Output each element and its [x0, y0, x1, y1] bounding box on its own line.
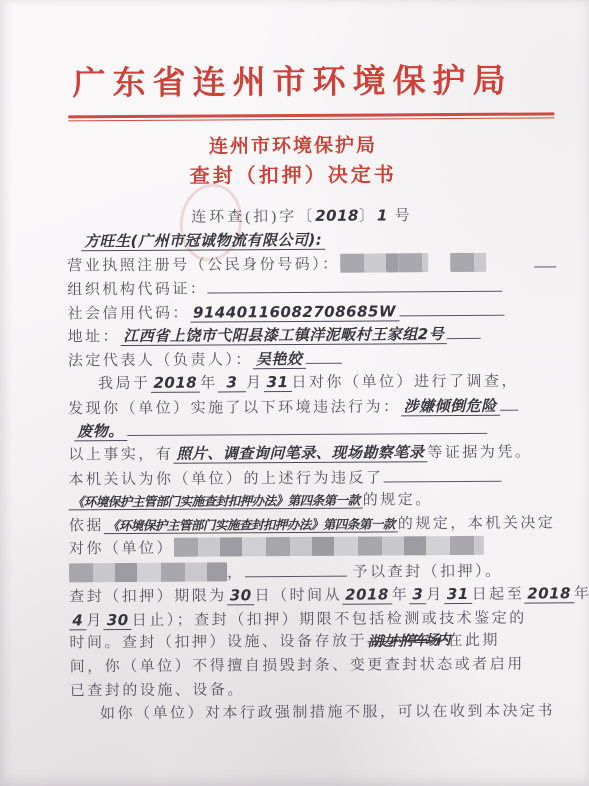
spacer — [428, 267, 450, 268]
redaction-block — [450, 253, 486, 272]
redaction-block — [340, 254, 398, 273]
doc-line: 废物。 — [68, 417, 538, 444]
blank-underline — [447, 322, 481, 339]
doc-line: 对你（单位） — [69, 535, 539, 562]
handwritten-text: 31 — [444, 585, 472, 604]
blank-underline — [500, 393, 518, 410]
blank-underline — [305, 347, 341, 364]
printed-text: 号 — [388, 208, 413, 224]
handwritten-text: 废物。 — [74, 422, 127, 441]
redaction-block — [69, 563, 227, 583]
printed-text: 予以查封（扣押）。 — [353, 564, 503, 581]
printed-text: ， — [227, 566, 245, 582]
doc-line: ，予以查封（扣押）。 — [69, 559, 539, 586]
redaction-block — [398, 254, 428, 273]
handwritten-text: 《环境保护主管部门实施查封扣押办法》第四条第一款 — [69, 493, 363, 511]
doc-line: 法定代表人（负责人）：吴艳姣 — [68, 346, 538, 373]
handwritten-text: 方旺生(广州市冠诚物流有限公司): — [81, 230, 325, 250]
spacer — [67, 245, 81, 246]
handwritten-text: 3 — [218, 373, 247, 392]
printed-text: 依据 — [69, 518, 104, 534]
printed-text: 月 — [86, 613, 104, 629]
redaction-block — [174, 535, 484, 556]
doc-line: 《环境保护主管部门实施查封扣押办法》第四条第一款的规定。 — [69, 488, 539, 515]
printed-text: 本机关认为你（单位）的上述行为违反了 — [68, 470, 383, 488]
handwritten-text: 31 — [264, 373, 292, 392]
doc-line: 以上事实，有照片、调查询问笔录、现场勘察笔录等证据为凭。 — [68, 440, 538, 467]
handwritten-text: 吴艳姣 — [253, 350, 306, 369]
handwritten-text: 3 — [409, 585, 426, 604]
printed-text: 营业执照注册号（公民身份号码）： — [67, 257, 340, 275]
printed-text: 时间。查封（扣押）设施、设备存放于 — [69, 634, 367, 652]
handwritten-text: 照片、调查询问笔录、现场勘察笔录 — [173, 443, 427, 464]
blank-underline — [534, 251, 556, 268]
spacer — [68, 387, 98, 388]
printed-text: 等证据为凭。 — [427, 444, 532, 461]
printed-text: 连环查(扣)字〔 — [191, 209, 315, 226]
doc-line: 地址：江西省上饶市弋阳县漆工镇洋泥畈村王家组2号 — [68, 322, 538, 349]
blank-underline — [245, 560, 347, 578]
handwritten-text: 91440116082708685W — [190, 302, 399, 322]
document-title-line1: 连州市环境保护局 — [0, 129, 588, 160]
printed-text: 组织机构代码证： — [67, 282, 207, 299]
handwritten-text: 涉嫌倾倒危险 — [401, 396, 500, 416]
printed-text: 间，你（单位）不得擅自损毁封条、变更查封状态或者启用 — [70, 657, 525, 676]
header-double-rule — [68, 112, 554, 121]
doc-line: 如你（单位）对本行政强制措施不服，可以在收到本决定书 — [70, 701, 540, 728]
handwritten-text: 30 — [227, 586, 255, 605]
doc-line: 社会信用代码：91440116082708685W — [67, 298, 537, 325]
blank-underline — [383, 464, 501, 482]
printed-text: 在此期 — [447, 633, 500, 649]
handwritten-text: 2018 — [524, 584, 574, 603]
printed-text: 日对你（单位）进行了调查， — [291, 373, 519, 390]
doc-line: 组织机构代码证： — [67, 275, 537, 302]
handwritten-text: 4 — [69, 611, 86, 630]
printed-text: 的规定，本机关决定 — [398, 515, 556, 532]
handwritten-text: 1 — [377, 206, 388, 224]
printed-text: 地址： — [68, 330, 121, 346]
handwritten-text: 2018 — [315, 207, 359, 225]
doc-line: 连环查(扣)字〔2018〕1 号 — [67, 204, 537, 231]
printed-text: 〕 — [359, 208, 377, 224]
printed-text: 发现你（单位）实施了以下环境违法行为： — [68, 399, 401, 417]
printed-text: 如你（单位）对本行政强制措施不服，可以在收到本决定书 — [100, 704, 555, 723]
spacer — [70, 718, 100, 719]
document-content: 广东省连州市环境保护局 连州市环境保护局 查封（扣押）决定书 连环查(扣)字〔2… — [0, 0, 589, 786]
doc-line: 发现你（单位）实施了以下环境违法行为：涉嫌倾倒危险 — [68, 393, 538, 420]
printed-text: 社会信用代码： — [67, 305, 190, 322]
printed-text: 月 — [426, 587, 444, 603]
blank-underline — [207, 275, 502, 294]
printed-text: 查封（扣押）期限为 — [69, 588, 227, 605]
doc-line: 方旺生(广州市冠诚物流有限公司): — [67, 227, 537, 254]
handwritten-text: 2018 — [342, 585, 392, 604]
doc-line: 营业执照注册号（公民身份号码）： — [67, 251, 537, 278]
printed-text: 日（时间从 — [255, 588, 343, 605]
handwritten-text: 江西省上饶市弋阳县漆工镇洋泥畈村王家组2号 — [120, 326, 447, 347]
doc-line: 4月30日止）；查封（扣押）期限不包括检测或技术鉴定的 — [69, 606, 539, 633]
document-title-line2: 查封（扣押）决定书 — [0, 157, 588, 190]
handwritten-text: 2018 — [150, 373, 200, 392]
doc-line: 依据《环境保护主管部门实施查封扣押办法》第四条第一款的规定，本机关决定 — [69, 511, 539, 538]
printed-text: 已查封的设施、设备。 — [70, 682, 245, 699]
printed-text: 年 — [200, 375, 218, 391]
printed-text: 法定代表人（负责人）： — [68, 352, 253, 369]
printed-text: 对你（单位） — [69, 540, 174, 557]
document-body: 连环查(扣)字〔2018〕1 号方旺生(广州市冠诚物流有限公司):营业执照注册号… — [67, 204, 540, 728]
doc-line: 间，你（单位）不得擅自损毁封条、变更查封状态或者启用 — [70, 654, 540, 681]
printed-text: 我局于 — [98, 376, 151, 392]
doc-line: 我局于2018年 3 月31日对你（单位）进行了调查， — [68, 369, 538, 396]
doc-line: 本机关认为你（单位）的上述行为违反了 — [68, 464, 538, 491]
printed-text: 日起至 — [472, 587, 525, 603]
doc-line: 已查封的设施、设备。 — [70, 677, 540, 704]
handwritten-text: 《环境保护主管部门实施查封扣押办法》第四条第一款 — [104, 516, 398, 534]
doc-line: 查封（扣押）期限为30日（时间从2018年3月31日起至2018年 — [69, 583, 539, 610]
blank-underline — [399, 298, 504, 316]
blank-underline — [127, 417, 487, 436]
printed-text: 月 — [246, 375, 264, 391]
spacer — [486, 267, 534, 268]
printed-text: 年 — [574, 586, 589, 602]
printed-text: 年 — [392, 587, 410, 603]
printed-text: 日止）；查封（扣押）期限不包括检测或技术鉴定的 — [132, 610, 527, 628]
scribble-handwriting: 湖边村停车场内 — [367, 630, 448, 656]
bureau-header-title: 广东省连州市环境保护局 — [0, 54, 587, 105]
doc-line: 时间。查封（扣押）设施、设备存放于湖边村停车场内在此期 — [69, 630, 539, 657]
printed-text: 以上事实，有 — [68, 447, 173, 464]
printed-text: 的规定。 — [363, 492, 433, 508]
handwritten-text: 30 — [104, 611, 132, 630]
